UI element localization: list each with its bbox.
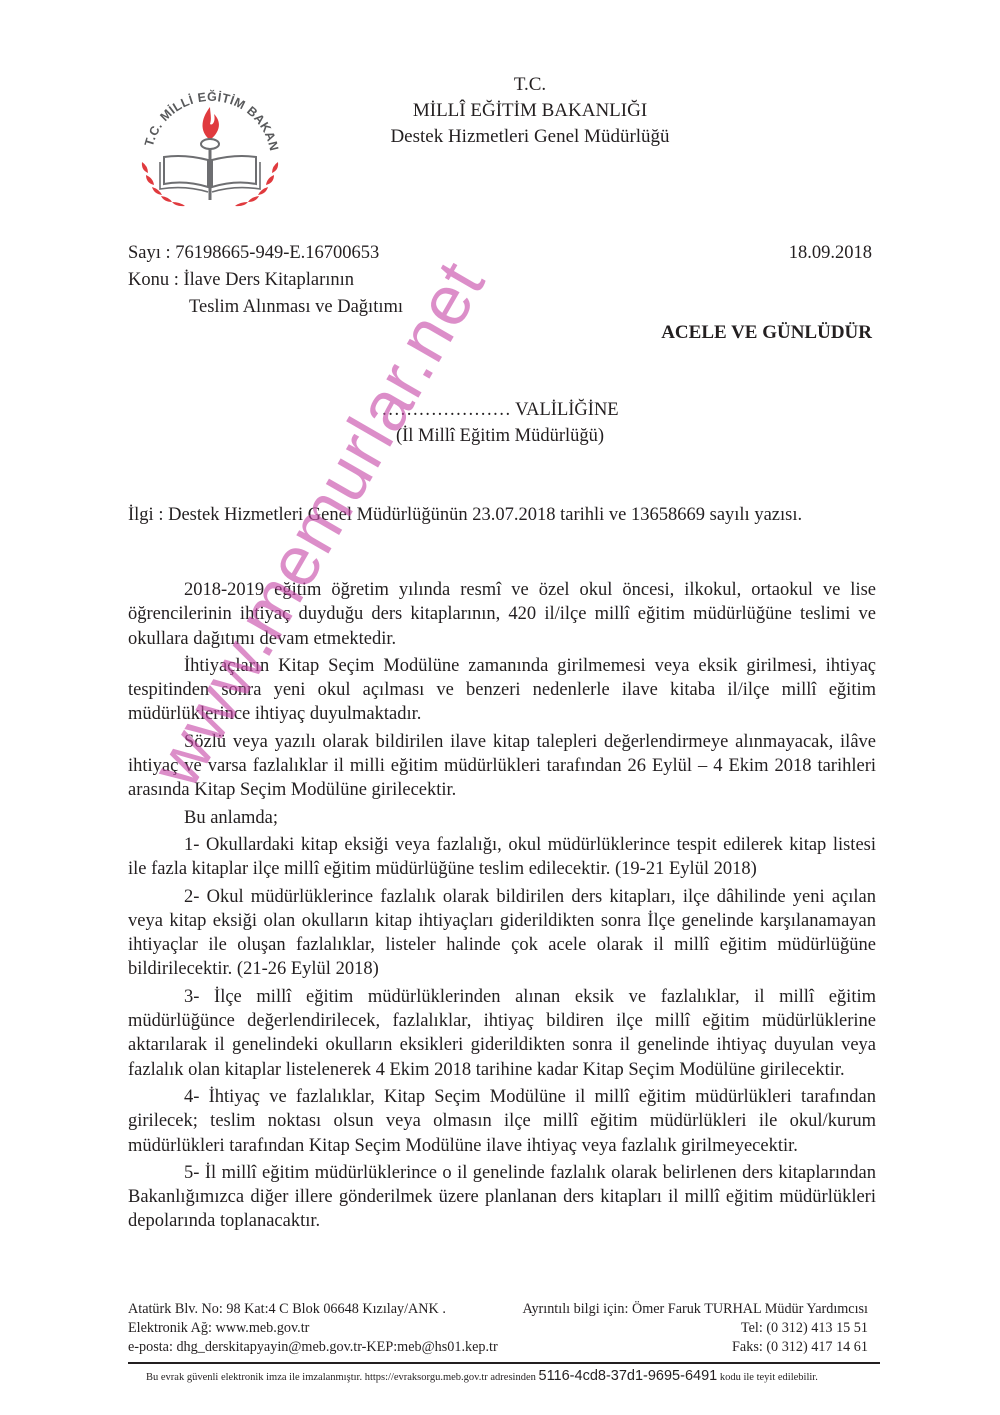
footer-address: Atatürk Blv. No: 98 Kat:4 C Blok 06648 K…	[128, 1300, 446, 1319]
list-item: 1- Okullardaki kitap eksiği veya fazlalı…	[128, 833, 876, 882]
footer-fax: Faks: (0 312) 417 14 61	[732, 1338, 868, 1357]
header-department: Destek Hizmetleri Genel Müdürlüğü	[300, 124, 760, 149]
verification-prefix: Bu evrak güvenli elektronik imza ile imz…	[146, 1372, 536, 1383]
footer-email-link[interactable]: e-posta: dhg_derskitapyayin@meb.gov.tr-K…	[128, 1338, 498, 1357]
document-number: Sayı : 76198665-949-E.16700653	[128, 240, 379, 267]
subject-line-1: Konu : İlave Ders Kitaplarının	[128, 267, 354, 294]
verification-suffix: kodu ile teyit edilebilir.	[720, 1372, 818, 1383]
document-date: 18.09.2018	[789, 240, 872, 267]
list-item: 5- İl millî eğitim müdürlüklerince o il …	[128, 1161, 876, 1234]
addressee: ………………… VALİLİĞİNE	[0, 397, 1000, 424]
list-item: 2- Okul müdürlüklerince fazlalık olarak …	[128, 885, 876, 982]
body-paragraph: İhtiyaçların Kitap Seçim Modülüne zamanı…	[128, 654, 876, 727]
subject-line-2: Teslim Alınması ve Dağıtımı	[189, 294, 403, 321]
meb-emblem-icon: T.C. MİLLİ EĞİTİM BAKANLIĞI	[130, 62, 290, 212]
footer-contact: Atatürk Blv. No: 98 Kat:4 C Blok 06648 K…	[128, 1300, 868, 1357]
list-item: 3- İlçe millî eğitim müdürlüklerinden al…	[128, 985, 876, 1082]
body-paragraph: Sözlü veya yazılı olarak bildirilen ilav…	[128, 730, 876, 803]
list-item: 4- İhtiyaç ve fazlalıklar, Kitap Seçim M…	[128, 1085, 876, 1158]
body-paragraph: 2018-2019 eğitim öğretim yılında resmî v…	[128, 578, 876, 651]
verification-code: 5116-4cd8-37d1-9695-6491	[539, 1368, 718, 1384]
e-signature-verification: Bu evrak güvenli elektronik imza ile imz…	[146, 1368, 818, 1384]
footer-divider	[128, 1362, 880, 1364]
footer-phone: Tel: (0 312) 413 15 51	[741, 1319, 868, 1338]
body-paragraph: Bu anlamda;	[128, 806, 876, 830]
header-ministry: MİLLÎ EĞİTİM BAKANLIĞI	[300, 98, 760, 123]
letter-body: 2018-2019 eğitim öğretim yılında resmî v…	[128, 578, 876, 1234]
meb-logo: T.C. MİLLİ EĞİTİM BAKANLIĞI	[130, 62, 290, 212]
reference-line: İlgi : Destek Hizmetleri Genel Müdürlüğü…	[128, 502, 802, 529]
footer-web-link[interactable]: Elektronik Ağ: www.meb.gov.tr	[128, 1319, 309, 1338]
header-tc: T.C.	[300, 72, 760, 97]
urgency-label: ACELE VE GÜNLÜDÜR	[661, 319, 872, 346]
footer-contact-person: Ayrıntılı bilgi için: Ömer Faruk TURHAL …	[523, 1300, 868, 1319]
addressee-subtitle: (İl Millî Eğitim Müdürlüğü)	[0, 423, 1000, 450]
